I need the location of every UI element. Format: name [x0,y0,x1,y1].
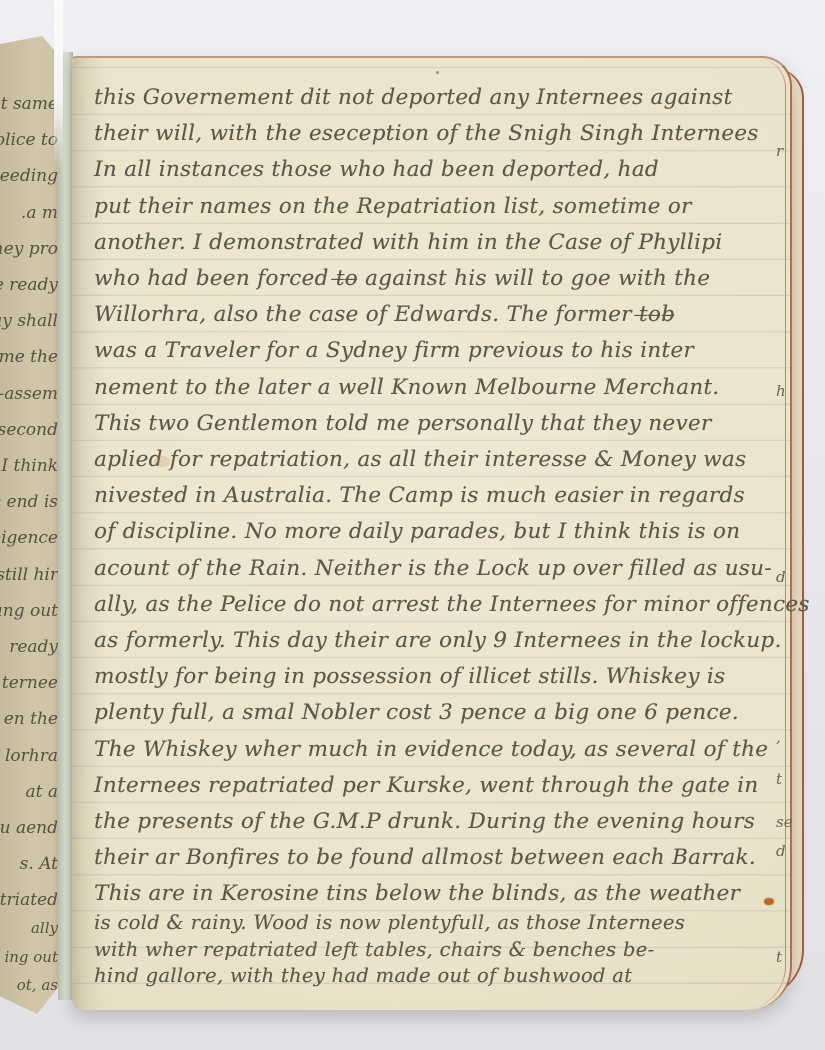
previous-page-fragment: oceeding [0,158,58,194]
notebook-photo: t same Police to oceeding a m. They pro-… [0,0,825,1050]
previous-page-fragment: aung out [0,593,58,629]
edge-ink-mark: t [776,948,782,966]
previous-page-fragment: ally [0,915,58,942]
previous-page-fragment: t same [0,86,58,122]
previous-page-fragment: en the [0,701,58,737]
previous-page-fragment: triated [0,882,58,918]
edge-ink-mark: t [776,770,782,788]
previous-page-fragment: still hir [0,557,58,593]
previous-page-fragment: assem- [0,376,58,412]
edge-ink-mark: se [776,813,793,831]
previous-page-fragment: lorhra [0,738,58,774]
foxing-speck [436,71,439,74]
previous-page-fragment: ot, as [0,972,58,999]
foxing-speck [154,456,170,467]
previous-page-fragment: lleigence [0,520,58,556]
right-edge-ink-marks: r h d , t se d t [776,0,816,1050]
previous-page-fragment: his I think [0,448,58,484]
foxing-speck [764,898,774,905]
page-edge-sliver [58,52,73,1000]
previous-page-fragments: t same Police to oceeding a m. They pro-… [0,0,62,1050]
previous-page-fragment: s. At [0,846,58,882]
edge-ink-mark: , [776,728,781,746]
previous-page-fragment: e end is [0,484,58,520]
edge-ink-mark: h [776,382,786,400]
previous-page-fragment: s time the [0,339,58,375]
edge-ink-mark: d [776,568,786,586]
previous-page-fragment: u aend [0,810,58,846]
previous-page-fragment: he second [0,412,58,448]
previous-page-fragment: ing out [0,944,58,971]
edge-ink-mark: d [776,842,786,860]
previous-page-fragment: ready [0,629,58,665]
page-edge-highlight [54,0,63,170]
previous-page-fragment: ay shall [0,303,58,339]
previous-page-fragment: They pro- [0,231,58,267]
previous-page-fragment: a m. [0,195,58,231]
previous-page-fragment: Police to [0,122,58,158]
edge-ink-mark: r [776,142,783,160]
previous-page-fragment: ternee [0,665,58,701]
diary-page [72,56,792,1010]
previous-page-fragment: at a [0,774,58,810]
previous-page-fragment: to be ready [0,267,58,303]
